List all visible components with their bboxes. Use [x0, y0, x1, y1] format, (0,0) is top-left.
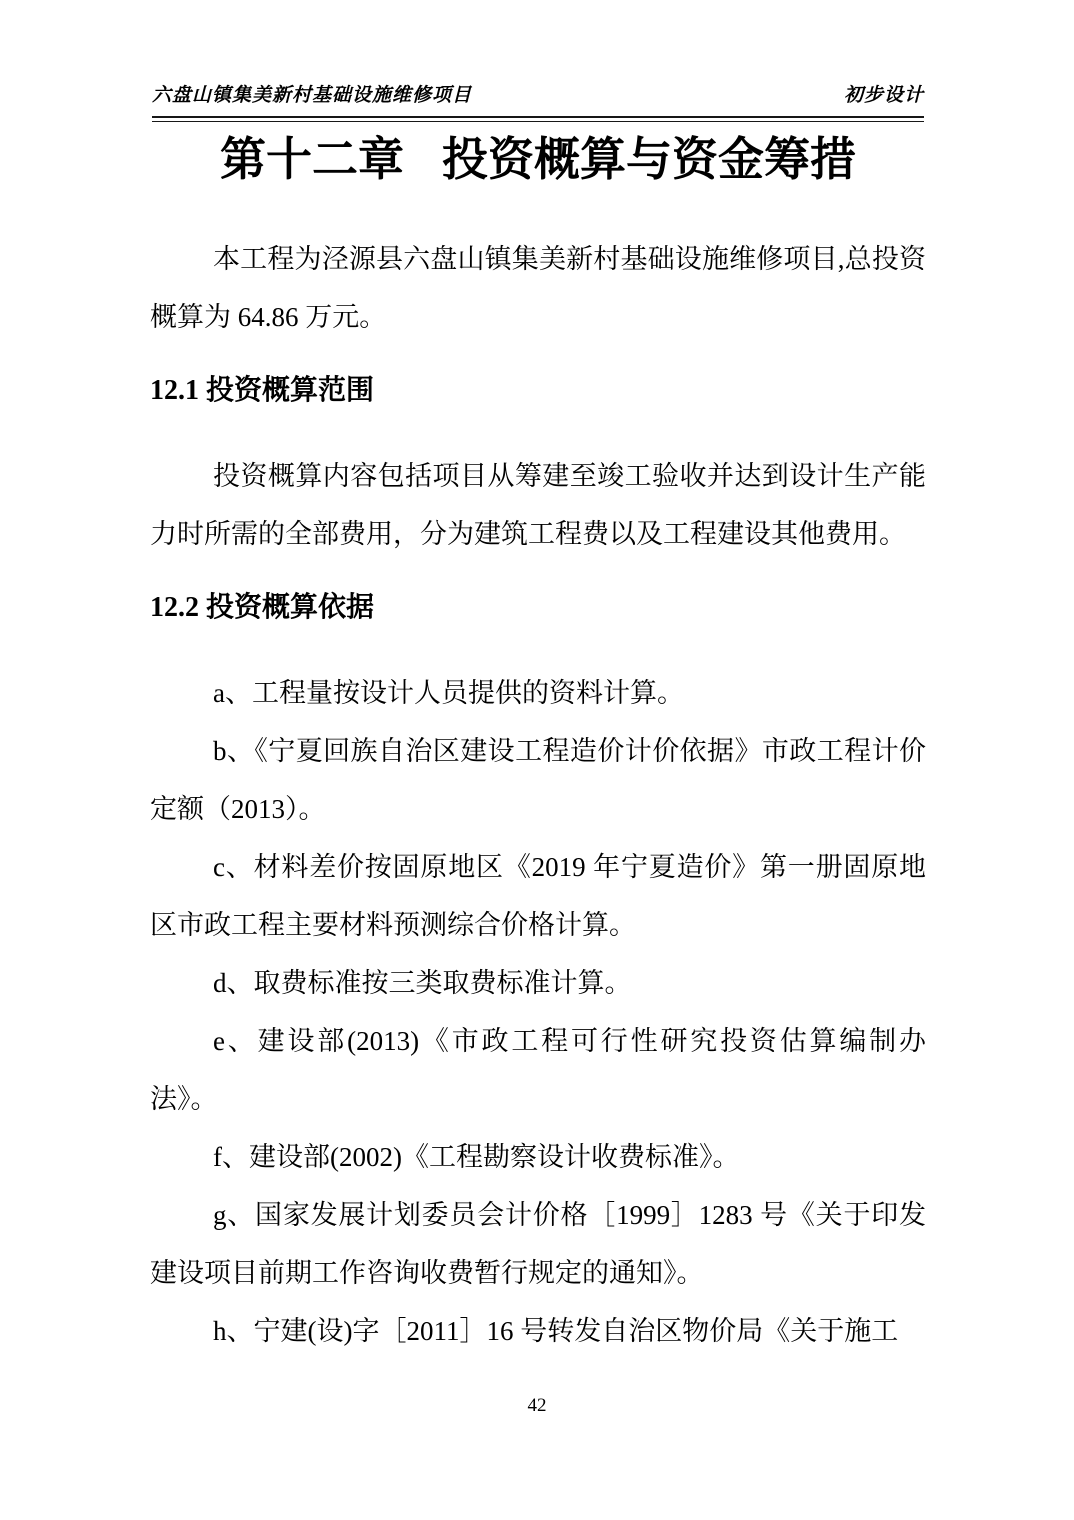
- list-item-b: b、《宁夏回族自治区建设工程造价计价依据》市政工程计价定额（2013）。: [150, 722, 926, 838]
- section-heading-12-1: 12.1 投资概算范围: [150, 362, 926, 420]
- page-number: 42: [0, 1394, 1074, 1418]
- chapter-number: 第十二章: [220, 134, 404, 185]
- list-item-c: c、材料差价按固原地区《2019 年宁夏造价》第一册固原地区市政工程主要材料预测…: [150, 838, 926, 954]
- header-left-text: 六盘山镇集美新村基础设施维修项目: [152, 84, 472, 108]
- list-item-f: f、建设部(2002)《工程勘察设计收费标准》。: [150, 1128, 926, 1186]
- section-heading-12-2: 12.2 投资概算依据: [150, 579, 926, 637]
- chapter-title: 第十二章投资概算与资金筹措: [150, 132, 926, 188]
- document-page: 六盘山镇集美新村基础设施维修项目 初步设计 第十二章投资概算与资金筹措 本工程为…: [0, 0, 1074, 1520]
- list-item-a: a、工程量按设计人员提供的资料计算。: [150, 664, 926, 722]
- list-item-e: e、建设部(2013)《市政工程可行性研究投资估算编制办法》。: [150, 1012, 926, 1128]
- section-12-1-paragraph: 投资概算内容包括项目从筹建至竣工验收并达到设计生产能力时所需的全部费用，分为建筑…: [150, 447, 926, 563]
- intro-paragraph: 本工程为泾源县六盘山镇集美新村基础设施维修项目,总投资概算为 64.86 万元。: [150, 230, 926, 346]
- header-double-rule: [152, 116, 924, 122]
- header-row: 六盘山镇集美新村基础设施维修项目 初步设计: [152, 84, 924, 108]
- chapter-name: 投资概算与资金筹措: [442, 134, 856, 185]
- page-content: 第十二章投资概算与资金筹措 本工程为泾源县六盘山镇集美新村基础设施维修项目,总投…: [0, 132, 1074, 1360]
- header-right-text: 初步设计: [844, 84, 924, 108]
- page-header: 六盘山镇集美新村基础设施维修项目 初步设计: [0, 0, 1074, 122]
- list-item-h: h、宁建(设)字［2011］16 号转发自治区物价局《关于施工: [150, 1302, 926, 1360]
- list-item-d: d、取费标准按三类取费标准计算。: [150, 954, 926, 1012]
- list-item-g: g、国家发展计划委员会计价格［1999］1283 号《关于印发建设项目前期工作咨…: [150, 1186, 926, 1302]
